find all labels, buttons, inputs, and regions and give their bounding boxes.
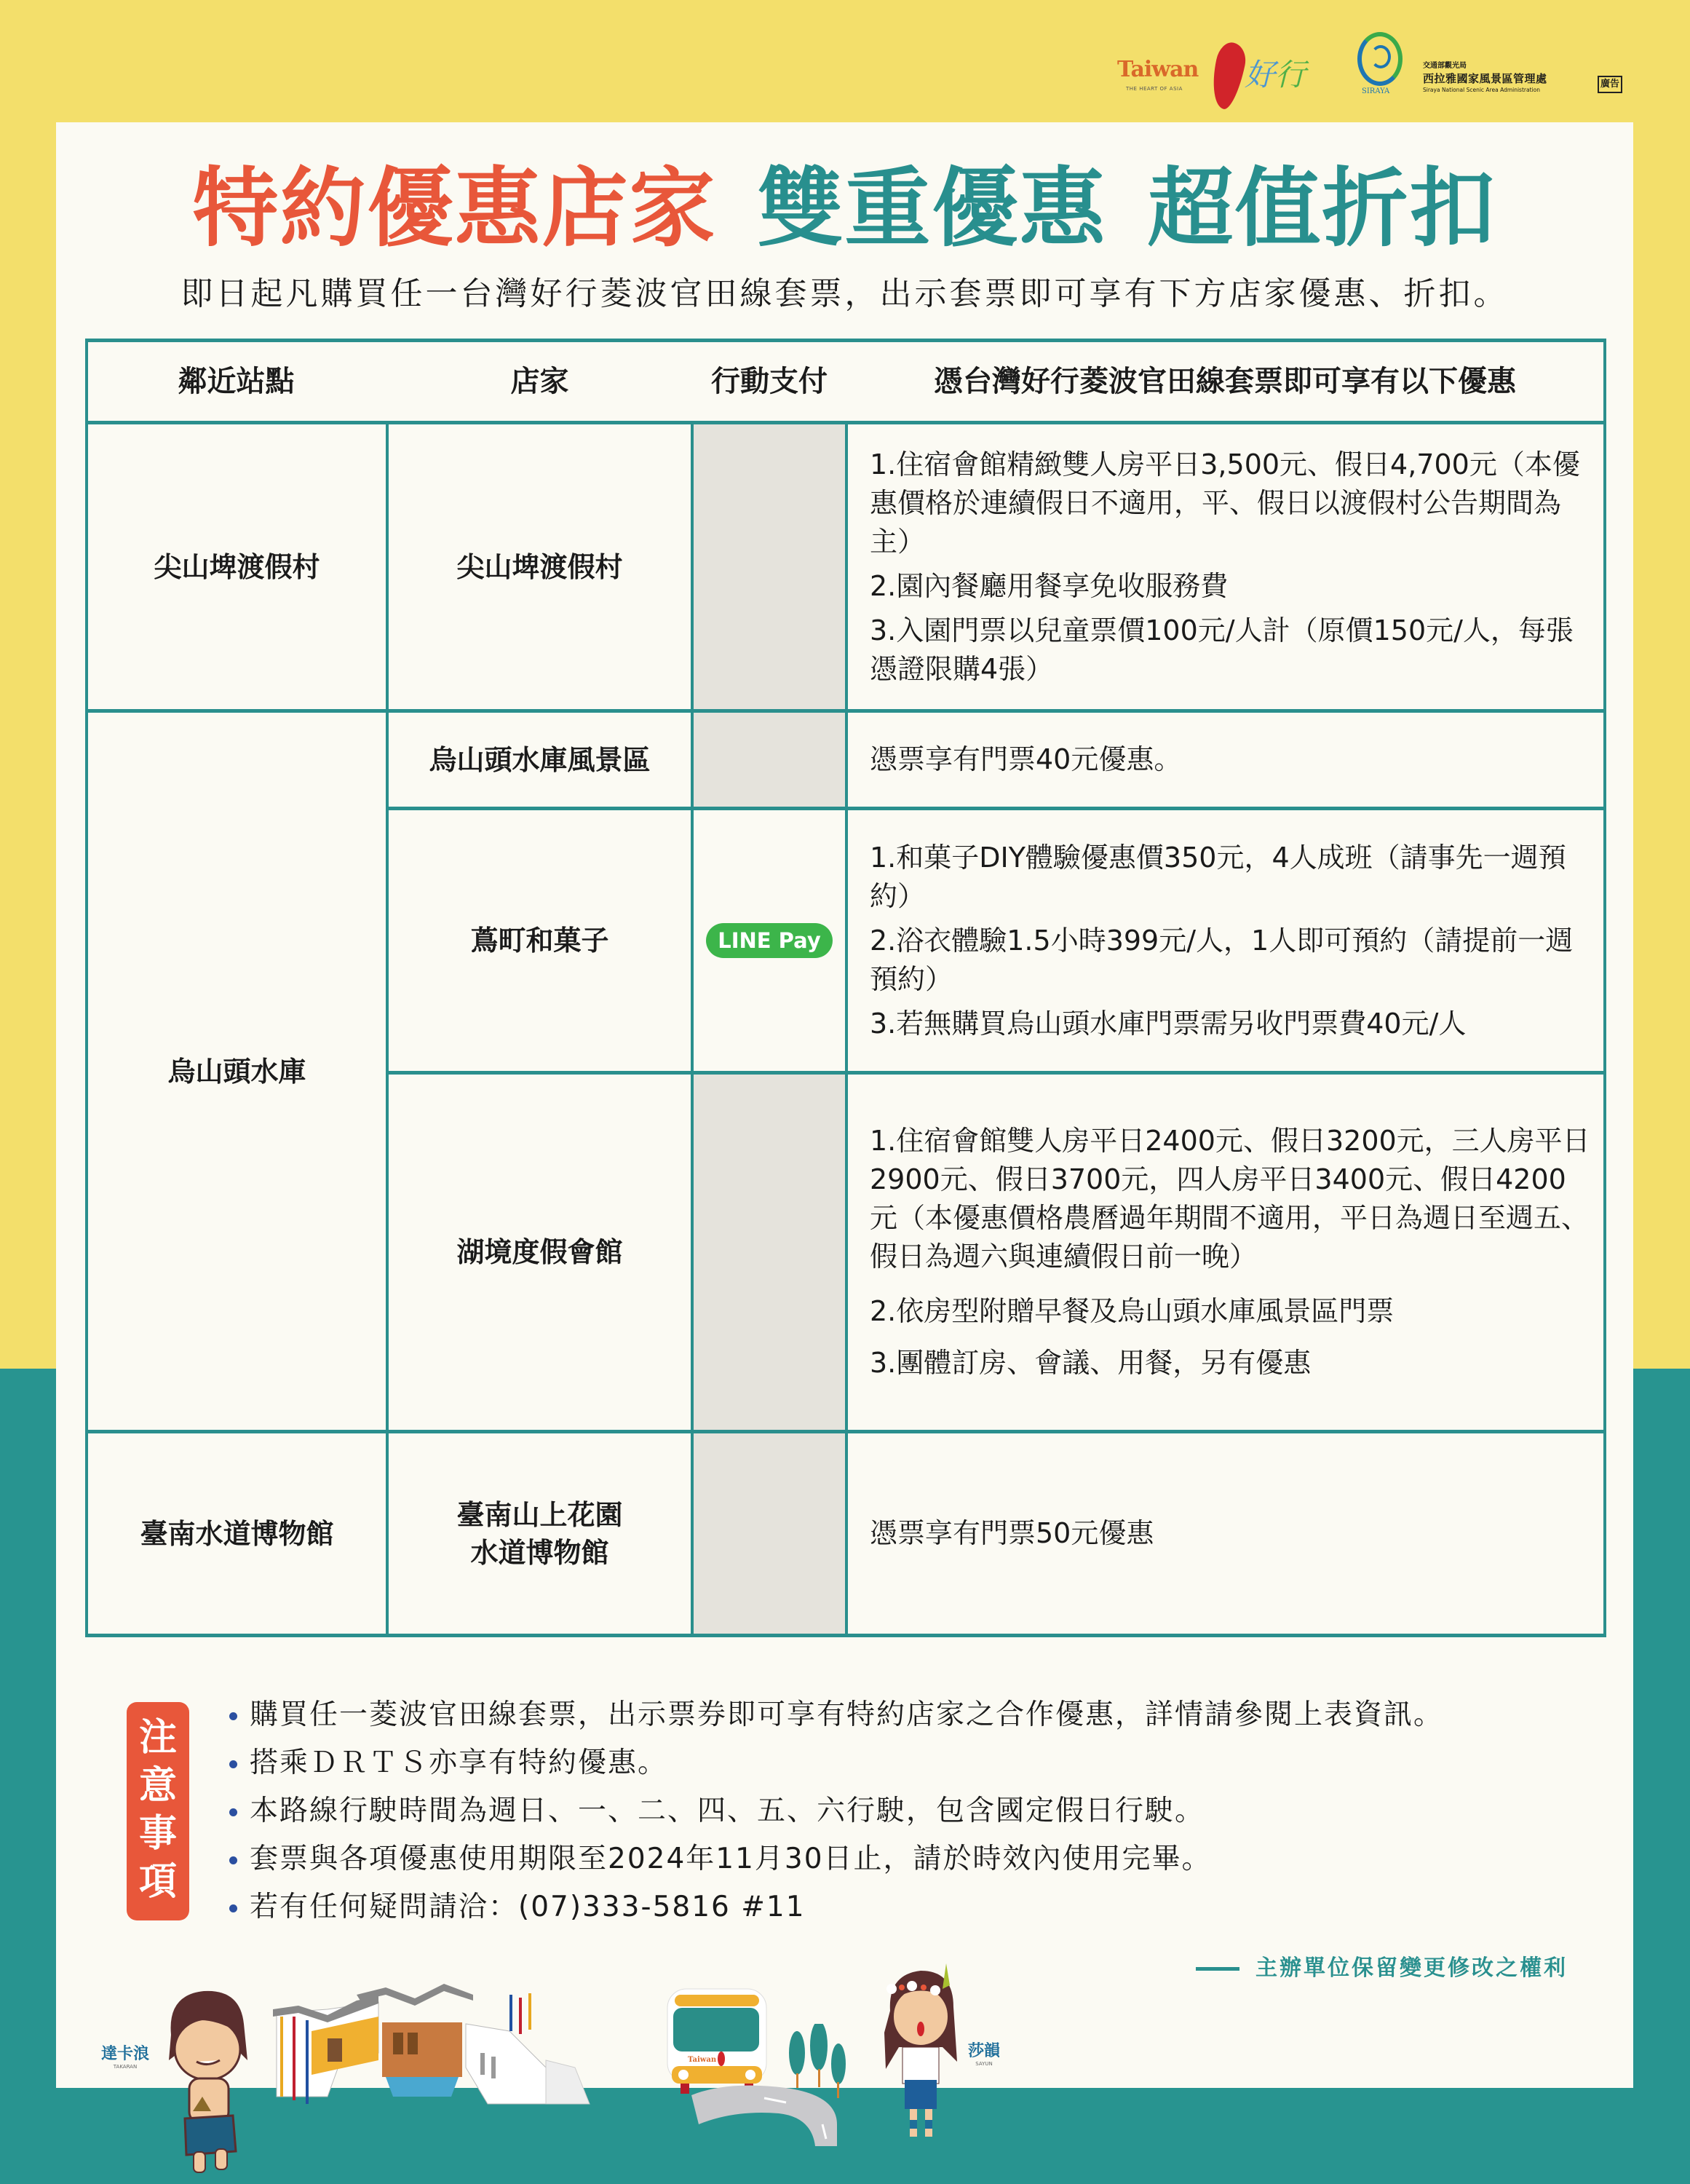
header-store: 店家 [387, 342, 692, 421]
pay-cell-row-2 [692, 711, 846, 808]
logo-haoxing: 好行 [1245, 51, 1306, 95]
title-part-2: 雙重優惠 [757, 158, 1106, 258]
offer-item: 3.團體訂房、會議、用餐，另有優惠 [870, 1344, 1593, 1382]
header-station: 鄰近站點 [85, 342, 387, 421]
offer-item: 2.浴衣體驗1.5小時399元/人，1人即可預約（請提前一週預約） [870, 922, 1593, 999]
notes-list: 購買任一菱波官田線套票，出示票券即可享有特約店家之合作優惠，詳情請參閱上表資訊。… [223, 1691, 1606, 1931]
store-cell: 烏山頭水庫風景區 [389, 713, 691, 807]
title-part-3: 超值折扣 [1148, 158, 1497, 258]
notes-badge-char: 項 [127, 1858, 189, 1906]
offer-cell: 1.住宿會館精緻雙人房平日3,500元、假日4,700元（本優惠價格於連續假日不… [848, 424, 1603, 709]
store-name-line-1: 臺南山上花園 [456, 1496, 622, 1534]
notes-badge-char: 注 [127, 1714, 189, 1762]
pay-cell-row-3: LINE Pay [694, 810, 845, 1071]
dash-line [1196, 1967, 1239, 1971]
pay-cell-row-5 [692, 1431, 846, 1635]
note-item: 搭乘ＤＲＴＳ亦享有特約優惠。 [223, 1739, 1606, 1787]
note-item: 套票與各項優惠使用期限至2024年11月30日止，請於時效內使用完畢。 [223, 1835, 1606, 1883]
offers-table: 鄰近站點 店家 行動支付 憑台灣好行菱波官田線套票即可享有以下優惠 尖山埤渡假村… [85, 339, 1606, 1758]
taiwan-map-icon [1207, 40, 1249, 111]
station-cell: 臺南水道博物館 [88, 1433, 386, 1634]
offer-cell: 憑票享有門票50元優惠 [848, 1433, 1603, 1634]
station-cell: 尖山埤渡假村 [88, 424, 386, 709]
siraya-agency-text: 交通部觀光局 西拉雅國家風景區管理處 Siraya National Sceni… [1423, 61, 1590, 95]
offer-cell: 1.和菓子DIY體驗優惠價350元，4人成班（請事先一週預約） 2.浴衣體驗1.… [848, 810, 1603, 1071]
title-part-1: 特約優惠店家 [192, 158, 716, 258]
pay-cell-row-1 [692, 422, 846, 711]
line-pay-badge: LINE Pay [706, 923, 833, 958]
offer-item: 3.入園門票以兒童票價100元/人計（原價150元/人，每張憑證限購4張） [870, 612, 1593, 689]
offer-item: 1.住宿會館雙人房平日2400元、假日3200元，三人房平日2900元、假日37… [870, 1122, 1593, 1276]
agency-name: 西拉雅國家風景區管理處 [1423, 71, 1590, 86]
subtitle: 即日起凡購買任一台灣好行菱波官田線套票，出示套票即可享有下方店家優惠、折扣。 [56, 272, 1633, 317]
siraya-emblem-label: SIRAYA [1362, 87, 1389, 95]
agency-english: Siraya National Scenic Area Administrati… [1423, 86, 1590, 95]
store-cell: 湖境度假會館 [389, 1075, 691, 1430]
agency-parent: 交通部觀光局 [1423, 61, 1590, 71]
disclaimer: 主辦單位保留變更修改之權利 [1196, 1950, 1568, 1982]
offer-item: 憑票享有門票40元優惠。 [870, 740, 1181, 779]
offer-item: 憑票享有門票50元優惠 [870, 1514, 1154, 1553]
notes-badge: 注 意 事 項 [127, 1702, 189, 1920]
store-name-line-2: 水道博物館 [470, 1534, 608, 1572]
siraya-agency-logo: SIRAYA 交通部觀光局 西拉雅國家風景區管理處 Siraya Nationa… [1357, 29, 1641, 109]
header-logos: Taiwan THE HEART OF ASIA 好行 SIRAYA 交通部觀光… [1117, 29, 1641, 109]
logo-tagline: THE HEART OF ASIA [1126, 86, 1183, 92]
store-cell: 臺南山上花園 水道博物館 [389, 1433, 691, 1634]
store-cell: 蔦町和菓子 [389, 810, 691, 1071]
notes-badge-char: 事 [127, 1810, 189, 1858]
offer-item: 1.和菓子DIY體驗優惠價350元，4人成班（請事先一週預約） [870, 839, 1593, 916]
taiwan-tourist-shuttle-logo: Taiwan THE HEART OF ASIA 好行 [1117, 44, 1336, 109]
disclaimer-text: 主辦單位保留變更修改之權利 [1255, 1955, 1568, 1981]
ad-badge: 廣告 [1598, 76, 1622, 93]
logo-taiwan-word: Taiwan [1117, 57, 1198, 82]
store-cell: 尖山埤渡假村 [389, 424, 691, 709]
table-border-right [1603, 339, 1606, 1637]
siraya-wave-emblem-icon [1357, 32, 1403, 86]
offer-cell: 1.住宿會館雙人房平日2400元、假日3200元，三人房平日2900元、假日37… [848, 1075, 1603, 1430]
offer-item: 1.住宿會館精緻雙人房平日3,500元、假日4,700元（本優惠價格於連續假日不… [870, 446, 1593, 561]
header-offers: 憑台灣好行菱波官田線套票即可享有以下優惠 [846, 342, 1603, 421]
pay-cell-row-4 [692, 1072, 846, 1431]
page-title: 特約優惠店家雙重優惠超值折扣 [56, 157, 1633, 259]
note-item: 購買任一菱波官田線套票，出示票券即可享有特約店家之合作優惠，詳情請參閱上表資訊。 [223, 1691, 1606, 1739]
promo-card: 特約優惠店家雙重優惠超值折扣 即日起凡購買任一台灣好行菱波官田線套票，出示套票即… [56, 122, 1633, 2088]
offer-item: 3.若無購買烏山頭水庫門票需另收門票費40元/人 [870, 1005, 1593, 1043]
notes-badge-char: 意 [127, 1762, 189, 1810]
header-mobile-payment: 行動支付 [692, 342, 846, 421]
offer-item: 2.依房型附贈早餐及烏山頭水庫風景區門票 [870, 1292, 1593, 1331]
offer-item: 2.園內餐廳用餐享免收服務費 [870, 567, 1593, 606]
station-cell: 烏山頭水庫 [88, 713, 386, 1430]
note-item: 若有任何疑問請洽：(07)333-5816 #11 [223, 1883, 1606, 1931]
offer-cell: 憑票享有門票40元優惠。 [848, 713, 1603, 807]
note-item: 本路線行駛時間為週日、一、二、四、五、六行駛，包含國定假日行駛。 [223, 1787, 1606, 1835]
